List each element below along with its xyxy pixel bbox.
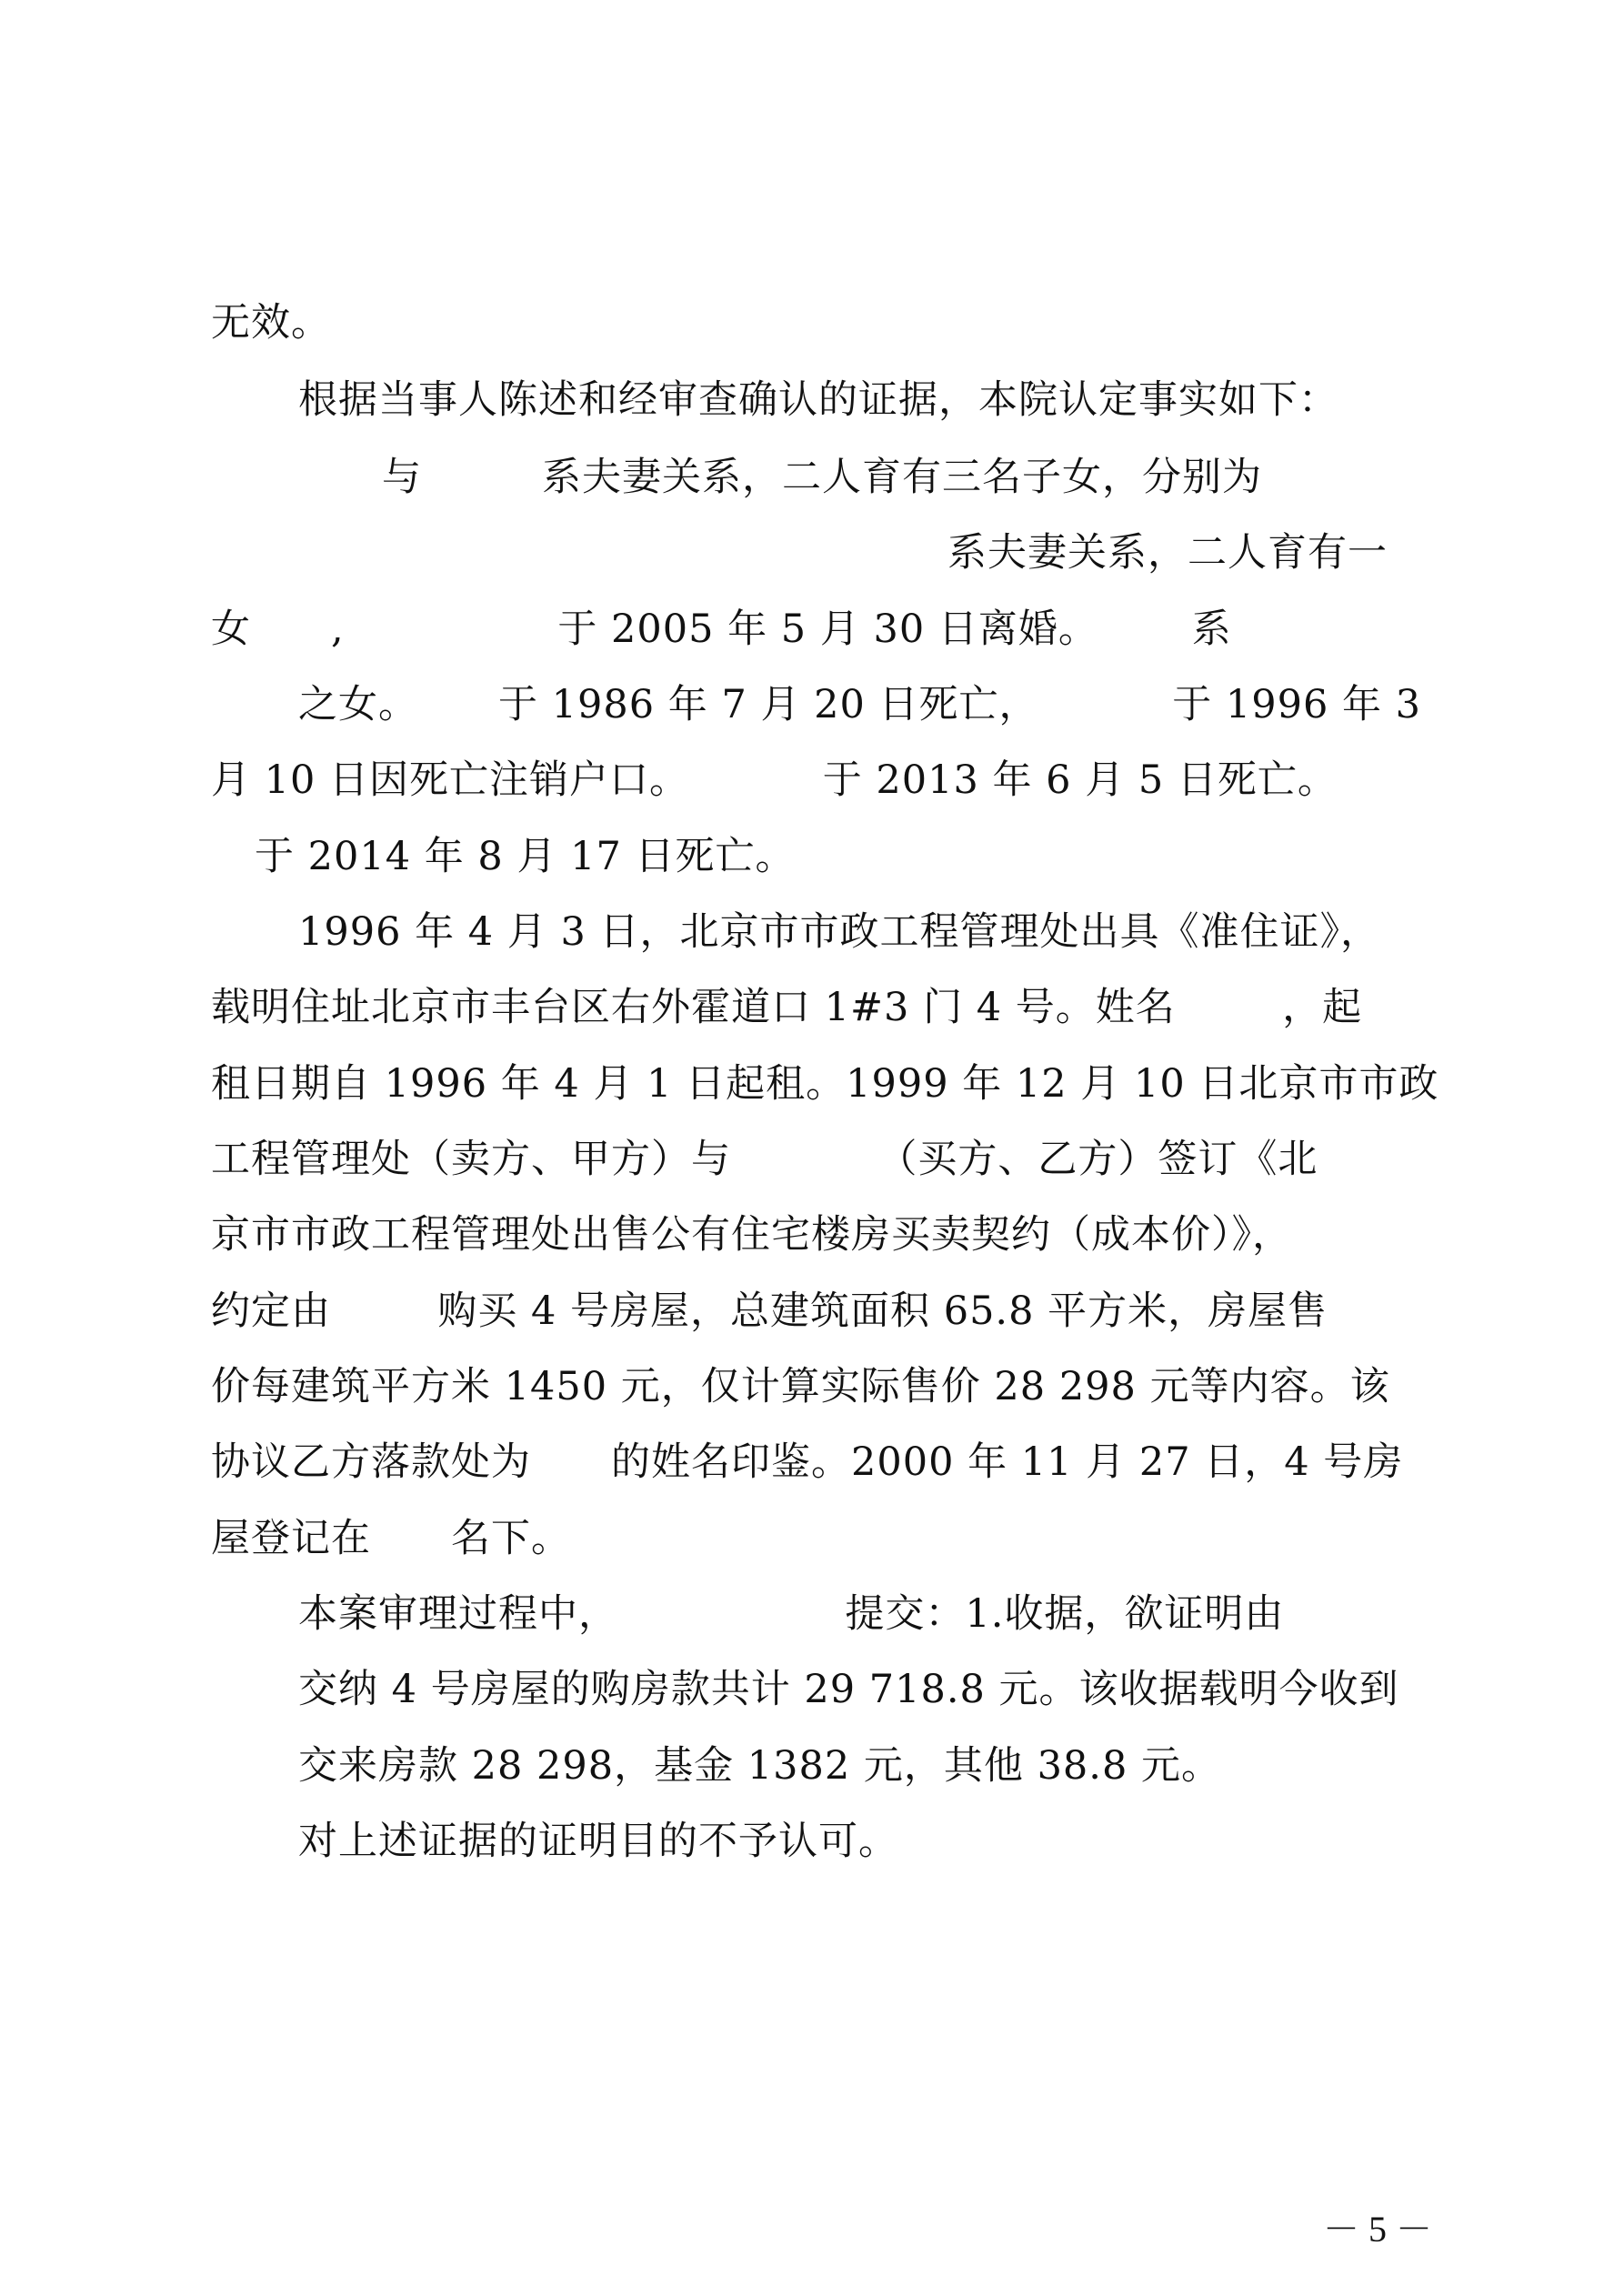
text-line-5: 之女。 于 1986 年 7 月 20 日死亡， 于 1996 年 3 xyxy=(298,682,1421,727)
text-line-6: 月 10 日因死亡注销户口。 于 2013 年 6 月 5 日死亡。 xyxy=(211,757,1338,803)
text-line-7: 于 2014 年 8 月 17 日死亡。 xyxy=(255,834,796,879)
text-line-12: 京市市政工程管理处出售公有住宅楼房买卖契约（成本价）》， xyxy=(211,1212,1292,1258)
text-line-4: 女 , 于 2005 年 5 月 30 日离婚。 系 xyxy=(211,607,1232,652)
text-line-20: 对上述证据的证明目的不予认可。 xyxy=(298,1819,898,1864)
text-line-17: 本案审理过程中， 提交：1.收据，欲证明由 xyxy=(298,1591,1284,1637)
text-line-16: 屋登记在 名下。 xyxy=(211,1516,571,1561)
text-line-1: 根据当事人陈述和经审查确认的证据，本院认定事实如下： xyxy=(298,377,1338,423)
page-number: － 5 － xyxy=(1323,2201,1432,2252)
text-line-15: 协议乙方落款处为 的姓名印鉴。2000 年 11 月 27 日，4 号房 xyxy=(211,1439,1403,1485)
text-line-8: 1996 年 4 月 3 日，北京市市政工程管理处出具《准住证》， xyxy=(298,909,1380,955)
text-line-14: 价每建筑平方米 1450 元，仅计算实际售价 28 298 元等内容。该 xyxy=(211,1364,1390,1409)
text-line-18: 交纳 4 号房屋的购房款共计 29 718.8 元。该收据载明今收到 xyxy=(298,1667,1399,1712)
text-line-0: 无效。 xyxy=(211,300,331,346)
text-line-19: 交来房款 28 298，基金 1382 元，其他 38.8 元。 xyxy=(298,1743,1221,1789)
text-line-13: 约定由 购买 4 号房屋，总建筑面积 65.8 平方米，房屋售 xyxy=(211,1288,1328,1334)
text-line-9: 载明住址北京市丰台区右外霍道口 1#3 门 4 号。姓名 ，起 xyxy=(211,985,1362,1030)
text-line-3: 系夫妻关系，二人育有一 xyxy=(947,530,1388,576)
text-line-10: 租日期自 1996 年 4 月 1 日起租。1999 年 12 月 10 日北京… xyxy=(211,1061,1439,1107)
text-line-11: 工程管理处（卖方、甲方）与 （买方、乙方）签订《北 xyxy=(211,1137,1318,1182)
text-line-2: 与 系夫妻关系，二人育有三名子女，分别为 xyxy=(382,455,1262,500)
